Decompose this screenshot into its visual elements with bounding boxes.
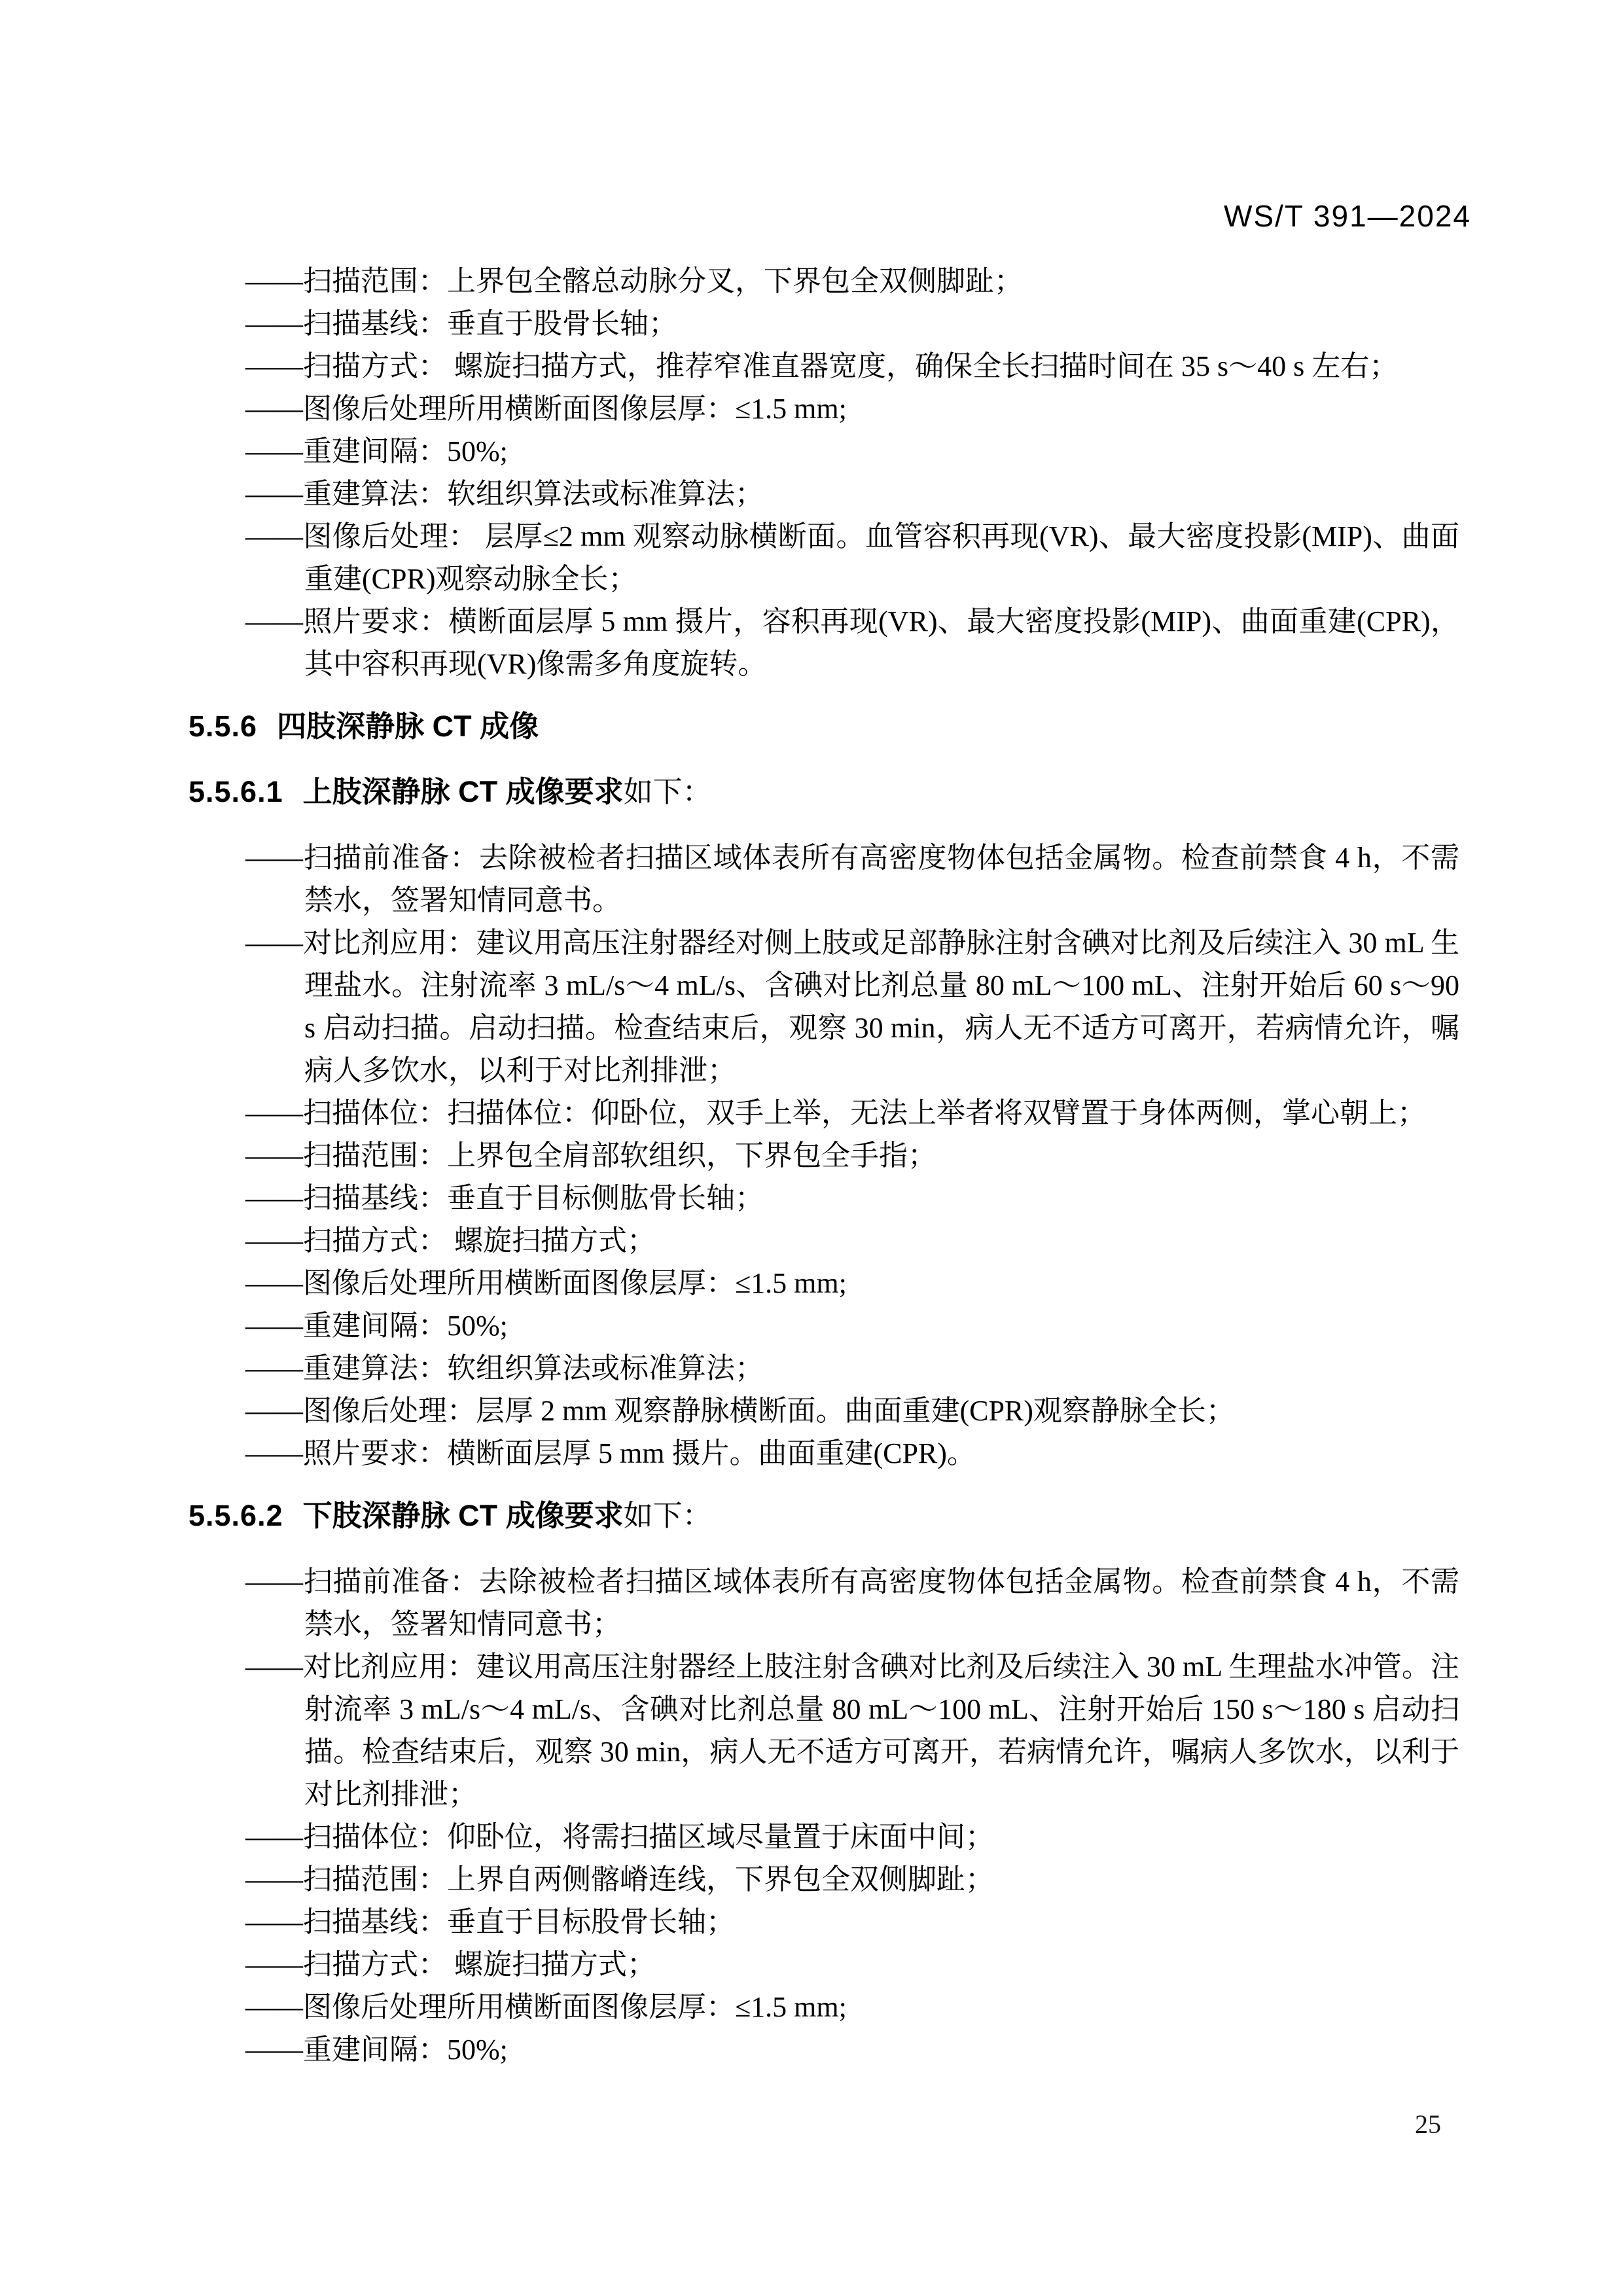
list-item: ——重建间隔：50%; bbox=[245, 1304, 1459, 1347]
document-page: WS/T 391—2024 ——扫描范围：上界包全髂总动脉分叉，下界包全双侧脚趾… bbox=[0, 0, 1623, 2296]
section-title-suffix: 如下： bbox=[624, 1499, 712, 1532]
list-item: ——图像后处理所用横断面图像层厚：≤1.5 mm; bbox=[245, 387, 1459, 430]
list-item: ——图像后处理：层厚 2 mm 观察静脉横断面。曲面重建(CPR)观察静脉全长； bbox=[245, 1390, 1459, 1432]
list-item: ——重建间隔：50%; bbox=[245, 2028, 1459, 2071]
dash-list-lower-limb-vein: ——扫描前准备：去除被检者扫描区域体表所有高密度物体包括金属物。检查前禁食 4 … bbox=[188, 1560, 1459, 2071]
list-item: ——扫描基线：垂直于目标侧肱骨长轴； bbox=[245, 1177, 1459, 1219]
list-item: ——重建间隔：50%; bbox=[245, 430, 1459, 473]
list-item: ——照片要求：横断面层厚 5 mm 摄片。曲面重建(CPR)。 bbox=[245, 1432, 1459, 1475]
section-number: 5.5.6 bbox=[188, 705, 257, 747]
list-item: ——扫描范围：上界自两侧髂嵴连线，下界包全双侧脚趾； bbox=[245, 1858, 1459, 1901]
list-item: ——扫描体位：仰卧位，将需扫描区域尽量置于床面中间； bbox=[245, 1816, 1459, 1858]
section-heading-5-5-6: 5.5.6四肢深静脉 CT 成像 bbox=[188, 705, 1459, 747]
list-item: ——图像后处理所用横断面图像层厚：≤1.5 mm; bbox=[245, 1262, 1459, 1304]
dash-list-lower-artery: ——扫描范围：上界包全髂总动脉分叉，下界包全双侧脚趾； ——扫描基线：垂直于股骨… bbox=[188, 260, 1459, 685]
section-title: 上肢深静脉 CT 成像要求 bbox=[303, 775, 624, 808]
list-item: ——扫描基线：垂直于股骨长轴； bbox=[245, 302, 1459, 345]
list-item: ——重建算法：软组织算法或标准算法； bbox=[245, 1347, 1459, 1390]
list-item: ——照片要求：横断面层厚 5 mm 摄片，容积再现(VR)、最大密度投影(MIP… bbox=[245, 600, 1459, 685]
list-item: ——对比剂应用：建议用高压注射器经上肢注射含碘对比剂及后续注入 30 mL 生理… bbox=[245, 1645, 1459, 1816]
list-item: ——扫描方式： 螺旋扫描方式； bbox=[245, 1943, 1459, 1986]
page-content: ——扫描范围：上界包全髂总动脉分叉，下界包全双侧脚趾； ——扫描基线：垂直于股骨… bbox=[0, 0, 1623, 2071]
list-item: ——对比剂应用：建议用高压注射器经对侧上肢或足部静脉注射含碘对比剂及后续注入 3… bbox=[245, 922, 1459, 1092]
list-item: ——扫描基线：垂直于目标股骨长轴； bbox=[245, 1901, 1459, 1943]
section-title: 下肢深静脉 CT 成像要求 bbox=[303, 1499, 624, 1532]
dash-list-upper-limb-vein: ——扫描前准备：去除被检者扫描区域体表所有高密度物体包括金属物。检查前禁食 4 … bbox=[188, 836, 1459, 1475]
list-item: ——扫描前准备：去除被检者扫描区域体表所有高密度物体包括金属物。检查前禁食 4 … bbox=[245, 1560, 1459, 1645]
list-item: ——扫描前准备：去除被检者扫描区域体表所有高密度物体包括金属物。检查前禁食 4 … bbox=[245, 836, 1459, 922]
page-number: 25 bbox=[1415, 2109, 1441, 2140]
list-item: ——扫描范围：上界包全髂总动脉分叉，下界包全双侧脚趾； bbox=[245, 260, 1459, 302]
section-heading-5-5-6-1: 5.5.6.1上肢深静脉 CT 成像要求如下： bbox=[188, 770, 1459, 814]
section-title-suffix: 如下： bbox=[624, 776, 712, 808]
list-item: ——图像后处理所用横断面图像层厚：≤1.5 mm; bbox=[245, 1986, 1459, 2028]
list-item: ——扫描方式： 螺旋扫描方式，推荐窄准直器宽度，确保全长扫描时间在 35 s～4… bbox=[245, 345, 1459, 387]
section-number: 5.5.6.2 bbox=[188, 1494, 283, 1537]
section-heading-5-5-6-2: 5.5.6.2下肢深静脉 CT 成像要求如下： bbox=[188, 1494, 1459, 1537]
list-item: ——扫描方式： 螺旋扫描方式； bbox=[245, 1219, 1459, 1262]
list-item: ——扫描体位：扫描体位：仰卧位，双手上举，无法上举者将双臂置于身体两侧，掌心朝上… bbox=[245, 1092, 1459, 1134]
section-title: 四肢深静脉 CT 成像 bbox=[277, 709, 539, 743]
section-number: 5.5.6.1 bbox=[188, 770, 283, 813]
list-item: ——图像后处理： 层厚≤2 mm 观察动脉横断面。血管容积再现(VR)、最大密度… bbox=[245, 515, 1459, 600]
list-item: ——扫描范围：上界包全肩部软组织，下界包全手指； bbox=[245, 1134, 1459, 1177]
list-item: ——重建算法：软组织算法或标准算法； bbox=[245, 473, 1459, 515]
